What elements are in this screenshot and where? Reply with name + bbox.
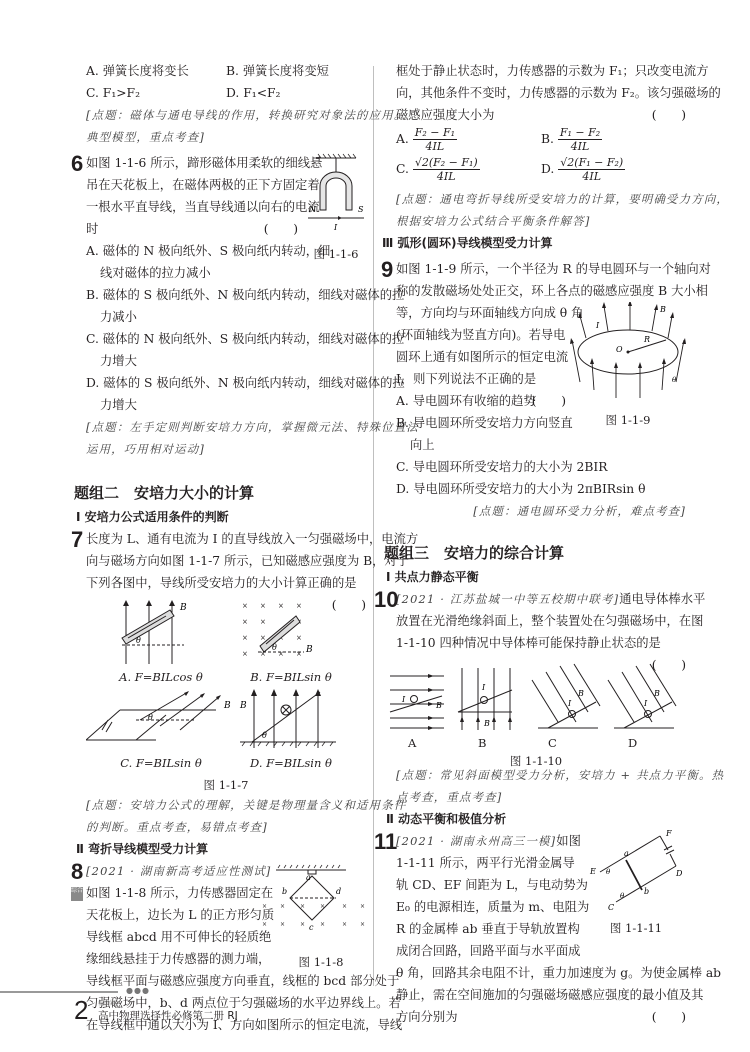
- q9-stem-line: (环面轴线为竖直方向)。若导电: [396, 324, 566, 346]
- svg-text:θ: θ: [262, 731, 267, 740]
- svg-text:I: I: [481, 683, 486, 692]
- svg-text:×: ×: [260, 602, 266, 610]
- q6-option-b-line-2: 力减小: [86, 306, 366, 328]
- svg-text:×: ×: [342, 921, 347, 928]
- square-loop-diagram: a b d c ×××××× ××××××: [256, 864, 376, 944]
- group-3-subtitle-1: Ⅰ 共点力静态平衡: [386, 566, 686, 588]
- svg-text:I: I: [643, 699, 648, 708]
- question-6: 6 如图 1-1-6 所示，蹄形磁体用柔软的细线悬 吊在天花板上，在磁体两极的正…: [86, 152, 366, 460]
- svg-text:×: ×: [320, 903, 325, 910]
- series-name: 把关题: [98, 998, 116, 1007]
- svg-text:×: ×: [242, 650, 248, 658]
- q6-stem-line: 时 ( ): [86, 218, 298, 240]
- south-pole-label: S: [358, 205, 364, 214]
- q10-note-line-2: 点考查，重点考查]: [396, 786, 686, 808]
- svg-text:×: ×: [296, 602, 302, 610]
- q5-options-row-1: A. 弹簧长度将变长 B. 弹簧长度将变短: [86, 60, 366, 82]
- q8-note-line-1: [点题：通电弯折导线所受安培力的计算，要明确受力方向，: [396, 188, 686, 210]
- svg-text:×: ×: [300, 903, 305, 910]
- svg-text:B: B: [653, 689, 660, 698]
- q8-cont-line: 向，其他条件不变时，力传感器的示数为 F₂。该匀强磁场的: [396, 82, 686, 104]
- diagram-b: ×××× ××× ×××× ×××× θ B: [236, 598, 336, 664]
- svg-text:θ: θ: [136, 636, 141, 645]
- svg-text:E: E: [589, 867, 596, 876]
- q6-option-b-line-1: B. 磁体的 S 极向纸外、N 极向纸内转动，细线对磁体的拉: [86, 284, 366, 306]
- left-column: A. 弹簧长度将变长 B. 弹簧长度将变短 C. F₁>F₂ D. F₁<F₂ …: [86, 60, 366, 1036]
- diagram-d: B θ: [236, 686, 346, 752]
- figure-caption: 图 1-1-11: [586, 917, 686, 939]
- q9-option-d: D. 导电圆环所受安培力的大小为 2πBIRsin θ: [396, 478, 686, 500]
- q8-option-b: B. F₁ − F₂4IL: [541, 126, 686, 156]
- svg-text:O: O: [616, 345, 623, 354]
- q9-stem-line: 等，方向均与环面轴线方向成 θ 角: [396, 302, 566, 324]
- svg-text:d: d: [336, 887, 341, 896]
- svg-text:I: I: [567, 699, 572, 708]
- svg-text:c: c: [309, 923, 314, 932]
- figure-caption: 图 1-1-10: [486, 750, 586, 772]
- group-3-subtitle-2: Ⅱ 动态平衡和极值分析: [386, 808, 686, 830]
- q8-option-c: C. √2(F₂ − F₁)4IL: [396, 156, 541, 188]
- svg-text:B: B: [223, 701, 231, 711]
- q6-option-a-line-1: A. 磁体的 N 极向纸外、S 极向纸内转动，细: [86, 240, 298, 262]
- q9-stem-line: I，则下列说法不正确的是 ( ): [396, 368, 566, 390]
- svg-text:×: ×: [360, 903, 365, 910]
- q7-note-line-2: 的判断。重点考查，易错点考查]: [86, 816, 366, 838]
- figure-caption: 图 1-1-6: [306, 243, 366, 265]
- page-number: 2: [74, 996, 88, 1024]
- q6-option-d-line-1: D. 磁体的 S 极向纸外、N 极向纸内转动，细线对磁体的拉: [86, 372, 366, 394]
- question-number: 10: [374, 589, 398, 611]
- svg-text:I: I: [595, 321, 600, 330]
- q8-option-a: A. F₂ − F₁4IL: [396, 126, 541, 156]
- svg-text:×: ×: [260, 618, 266, 626]
- right-column: 框处于静止状态时，力传感器的示数为 F₁；只改变电流方 向，其他条件不变时，力传…: [396, 60, 686, 1028]
- q6-option-d-line-2: 力增大: [86, 394, 366, 416]
- svg-text:×: ×: [260, 634, 266, 642]
- footer-dots: ●●●: [126, 986, 150, 995]
- svg-text:θ: θ: [272, 643, 277, 652]
- figure-caption: 图 1-1-8: [266, 951, 376, 973]
- q8-options-row-2: C. √2(F₂ − F₁)4IL D. √2(F₁ − F₂)4IL: [396, 156, 686, 188]
- svg-text:a: a: [624, 849, 629, 858]
- svg-text:×: ×: [242, 634, 248, 642]
- subtitle-3: Ⅲ 弧形(圆环)导线模型受力计算: [382, 232, 686, 254]
- q9-note: [点题：通电圆环受力分析，难点考查]: [396, 500, 686, 522]
- svg-text:θ: θ: [606, 868, 611, 876]
- q5-option-d: D. F₁<F₂: [226, 82, 366, 104]
- svg-text:B: B: [179, 603, 187, 613]
- q6-stem-line: 吊在天花板上，在磁体两极的正下方固定着: [86, 174, 298, 196]
- q9-stem-line: 称的发散磁场处处正交，环上各点的磁感应强度 B 大小相: [396, 280, 686, 302]
- svg-text:a: a: [306, 873, 311, 882]
- figure-1-1-7: B θ A. F=BILcos θ ×××× ××× ×××× ××××: [86, 594, 366, 794]
- figure-caption: 图 1-1-7: [176, 774, 276, 796]
- group-2-title: 题组二 安培力大小的计算: [74, 480, 366, 506]
- q6-stem-line: 一根水平直导线，当直导线通以向右的电流: [86, 196, 298, 218]
- book-title: 高中物理选择性必修第二册 RJ: [98, 1008, 238, 1023]
- q9-stem-line: 圆环上通有如图所示的恒定电流: [396, 346, 566, 368]
- svg-text:×: ×: [262, 921, 267, 928]
- q8-option-d: D. √2(F₁ − F₂)4IL: [541, 156, 686, 188]
- q9-option-b-line-1: B. 导电圆环所受安培力方向竖直: [396, 412, 566, 434]
- four-incline-diagrams: IB IB IB: [388, 662, 678, 732]
- ring-diagram: O R I B θ: [568, 302, 688, 402]
- svg-text:R: R: [643, 335, 650, 344]
- svg-text:×: ×: [278, 602, 284, 610]
- svg-text:×: ×: [320, 921, 325, 928]
- q9-option-c: C. 导电圆环所受安培力的大小为 2BIR: [396, 456, 686, 478]
- q7-stem-line: 长度为 L、通有电流为 I 的直导线放入一匀强磁场中，电流方: [86, 528, 366, 550]
- figure-1-1-6: N S I 图 1-1-6: [306, 152, 366, 252]
- footer-rule: [0, 991, 118, 993]
- svg-text:×: ×: [242, 602, 248, 610]
- group-3-title: 题组三 安培力的综合计算: [384, 540, 686, 566]
- group-2-subtitle-1: Ⅰ 安培力公式适用条件的判断: [76, 506, 366, 528]
- svg-text:I: I: [401, 695, 406, 704]
- group-2-subtitle-2: Ⅱ 弯折导线模型受力计算: [76, 838, 366, 860]
- answer-blank: ( ): [652, 104, 686, 126]
- svg-text:b: b: [644, 887, 649, 896]
- question-7: 7 长度为 L、通有电流为 I 的直导线放入一匀强磁场中，电流方 向与磁场方向如…: [86, 528, 366, 838]
- svg-text:B: B: [239, 701, 247, 711]
- diagram-a: B θ: [114, 598, 214, 664]
- svg-text:×: ×: [242, 618, 248, 626]
- q8-cont-line: 框处于静止状态时，力传感器的示数为 F₁；只改变电流方: [396, 60, 686, 82]
- q8-note-line-2: 根据安培力公式结合平衡条件解答]: [396, 210, 686, 232]
- comprehensive-tag-icon: 综合: [71, 887, 83, 901]
- q5-note-line-1: [点题：磁体与通电导线的作用，转换研究对象法的应用。: [86, 104, 366, 126]
- q7-stem-line: 下列各图中，导线所受安培力的大小计算正确的是 ( ): [86, 572, 366, 594]
- question-10: 10 [2021 · 江苏盐城一中等五校期中联考]通电导体棒水平 放置在光滑绝缘…: [396, 588, 686, 808]
- q11-stem-line: θ 角，回路其余电阻不计，重力加速度为 g。为使金属棒 ab: [396, 962, 686, 984]
- svg-text:×: ×: [300, 921, 305, 928]
- question-number: 6: [71, 153, 83, 175]
- svg-text:D: D: [675, 869, 683, 878]
- svg-text:B: B: [305, 645, 313, 655]
- question-11: 11 [2021 · 湖南永州高三一模]如图 1-1-11 所示，两平行光滑金属…: [396, 830, 686, 1028]
- q7-note-line-1: [点题：安培力公式的理解，关键是物理量含义和适用条件: [86, 794, 366, 816]
- label-d: D: [628, 732, 637, 754]
- q10-stem-line: 1-1-10 四种情况中导体棒可能保持静止状态的是 ( ): [396, 632, 686, 654]
- textbook-page: A. 弹簧长度将变长 B. 弹簧长度将变短 C. F₁>F₂ D. F₁<F₂ …: [0, 0, 750, 1052]
- q9-stem-line: 如图 1-1-9 所示，一个半径为 R 的导电圆环与一个轴向对: [396, 258, 686, 280]
- north-pole-label: N: [308, 205, 317, 214]
- caption-a: A. F=BILcos θ: [96, 666, 226, 688]
- question-number: 11: [374, 831, 397, 853]
- q7-stem-line: 向与磁场方向如图 1-1-7 所示，已知磁感应强度为 B，对于: [86, 550, 366, 572]
- q8-options-row-1: A. F₂ − F₁4IL B. F₁ − F₂4IL: [396, 126, 686, 156]
- svg-text:θ: θ: [148, 713, 153, 722]
- figure-caption: 图 1-1-9: [568, 409, 688, 431]
- diagram-c: θ B: [86, 690, 236, 750]
- q6-stem-line: 如图 1-1-6 所示，蹄形磁体用柔软的细线悬: [86, 152, 298, 174]
- q11-stem-line: 静止，需在空间施加的匀强磁场磁感应强度的最小值及其: [396, 984, 686, 1006]
- q5-option-b: B. 弹簧长度将变短: [226, 60, 366, 82]
- svg-text:×: ×: [280, 921, 285, 928]
- q8-cont-line: 磁感应强度大小为 ( ): [396, 104, 686, 126]
- svg-text:B: B: [577, 689, 584, 698]
- q6-option-a-line-2: 线对磁体的拉力减小: [86, 262, 298, 284]
- q10-stem-line: 放置在光滑绝缘斜面上，整个装置处在匀强磁场中，在图: [396, 610, 686, 632]
- q5-note-line-2: 典型模型，重点考查]: [86, 126, 366, 148]
- figure-1-1-9: O R I B θ 图 1-1-9: [568, 302, 688, 431]
- q6-note-line-1: [点题：左手定则判断安培力方向，掌握微元法、特殊位置法: [86, 416, 366, 438]
- horseshoe-magnet-diagram: N S I: [306, 152, 368, 238]
- svg-text:B: B: [659, 305, 666, 314]
- svg-text:×: ×: [360, 921, 365, 928]
- question-number: 8: [71, 861, 83, 883]
- q9-option-b-line-2: 向上: [396, 434, 566, 456]
- q5-options-row-2: C. F₁>F₂ D. F₁<F₂: [86, 82, 366, 104]
- svg-text:×: ×: [262, 903, 267, 910]
- q6-note-line-2: 运用，巧用相对运动]: [86, 438, 366, 460]
- q11-stem-line: 成闭合回路，回路平面与水平面成: [396, 940, 686, 962]
- svg-text:I: I: [333, 223, 338, 232]
- svg-text:C: C: [608, 903, 614, 910]
- caption-b: B. F=BILsin θ: [236, 666, 346, 688]
- caption-c: C. F=BILsin θ: [96, 752, 226, 774]
- q5-option-a: A. 弹簧长度将变长: [86, 60, 226, 82]
- q6-option-c-line-1: C. 磁体的 N 极向纸外、S 极向纸内转动，细线对磁体的拉: [86, 328, 366, 350]
- svg-text:×: ×: [342, 903, 347, 910]
- svg-text:b: b: [282, 887, 287, 896]
- answer-blank: ( ): [532, 390, 566, 412]
- q10-stem-line: [2021 · 江苏盐城一中等五校期中联考]通电导体棒水平: [396, 588, 686, 610]
- svg-text:×: ×: [296, 650, 302, 658]
- q5-option-c: C. F₁>F₂: [86, 82, 226, 104]
- svg-text:B: B: [435, 701, 442, 710]
- svg-text:×: ×: [280, 903, 285, 910]
- q6-option-c-line-2: 力增大: [86, 350, 366, 372]
- caption-d: D. F=BILsin θ: [236, 752, 346, 774]
- answer-blank: ( ): [652, 1006, 686, 1028]
- figure-1-1-10: IB IB IB: [396, 654, 686, 764]
- question-number: 9: [381, 259, 393, 281]
- answer-blank: ( ): [264, 218, 298, 240]
- question-9: 9 如图 1-1-9 所示，一个半径为 R 的导电圆环与一个轴向对 称的发散磁场…: [396, 258, 686, 522]
- svg-text:B: B: [483, 719, 490, 728]
- rails-diagram: F a E θ D b θ C: [586, 830, 686, 910]
- svg-text:F: F: [665, 830, 672, 838]
- figure-1-1-8: a b d c ×××××× ×××××× 图 1-1-8: [256, 864, 376, 973]
- svg-text:×: ×: [278, 650, 284, 658]
- label-a: A: [408, 732, 416, 754]
- figure-1-1-11: F a E θ D b θ C 图 1-1-11: [586, 830, 686, 939]
- svg-text:θ: θ: [620, 892, 625, 900]
- question-number: 7: [71, 529, 83, 551]
- q11-stem-line: 方向分别为 ( ): [396, 1006, 686, 1028]
- svg-text:×: ×: [296, 634, 302, 642]
